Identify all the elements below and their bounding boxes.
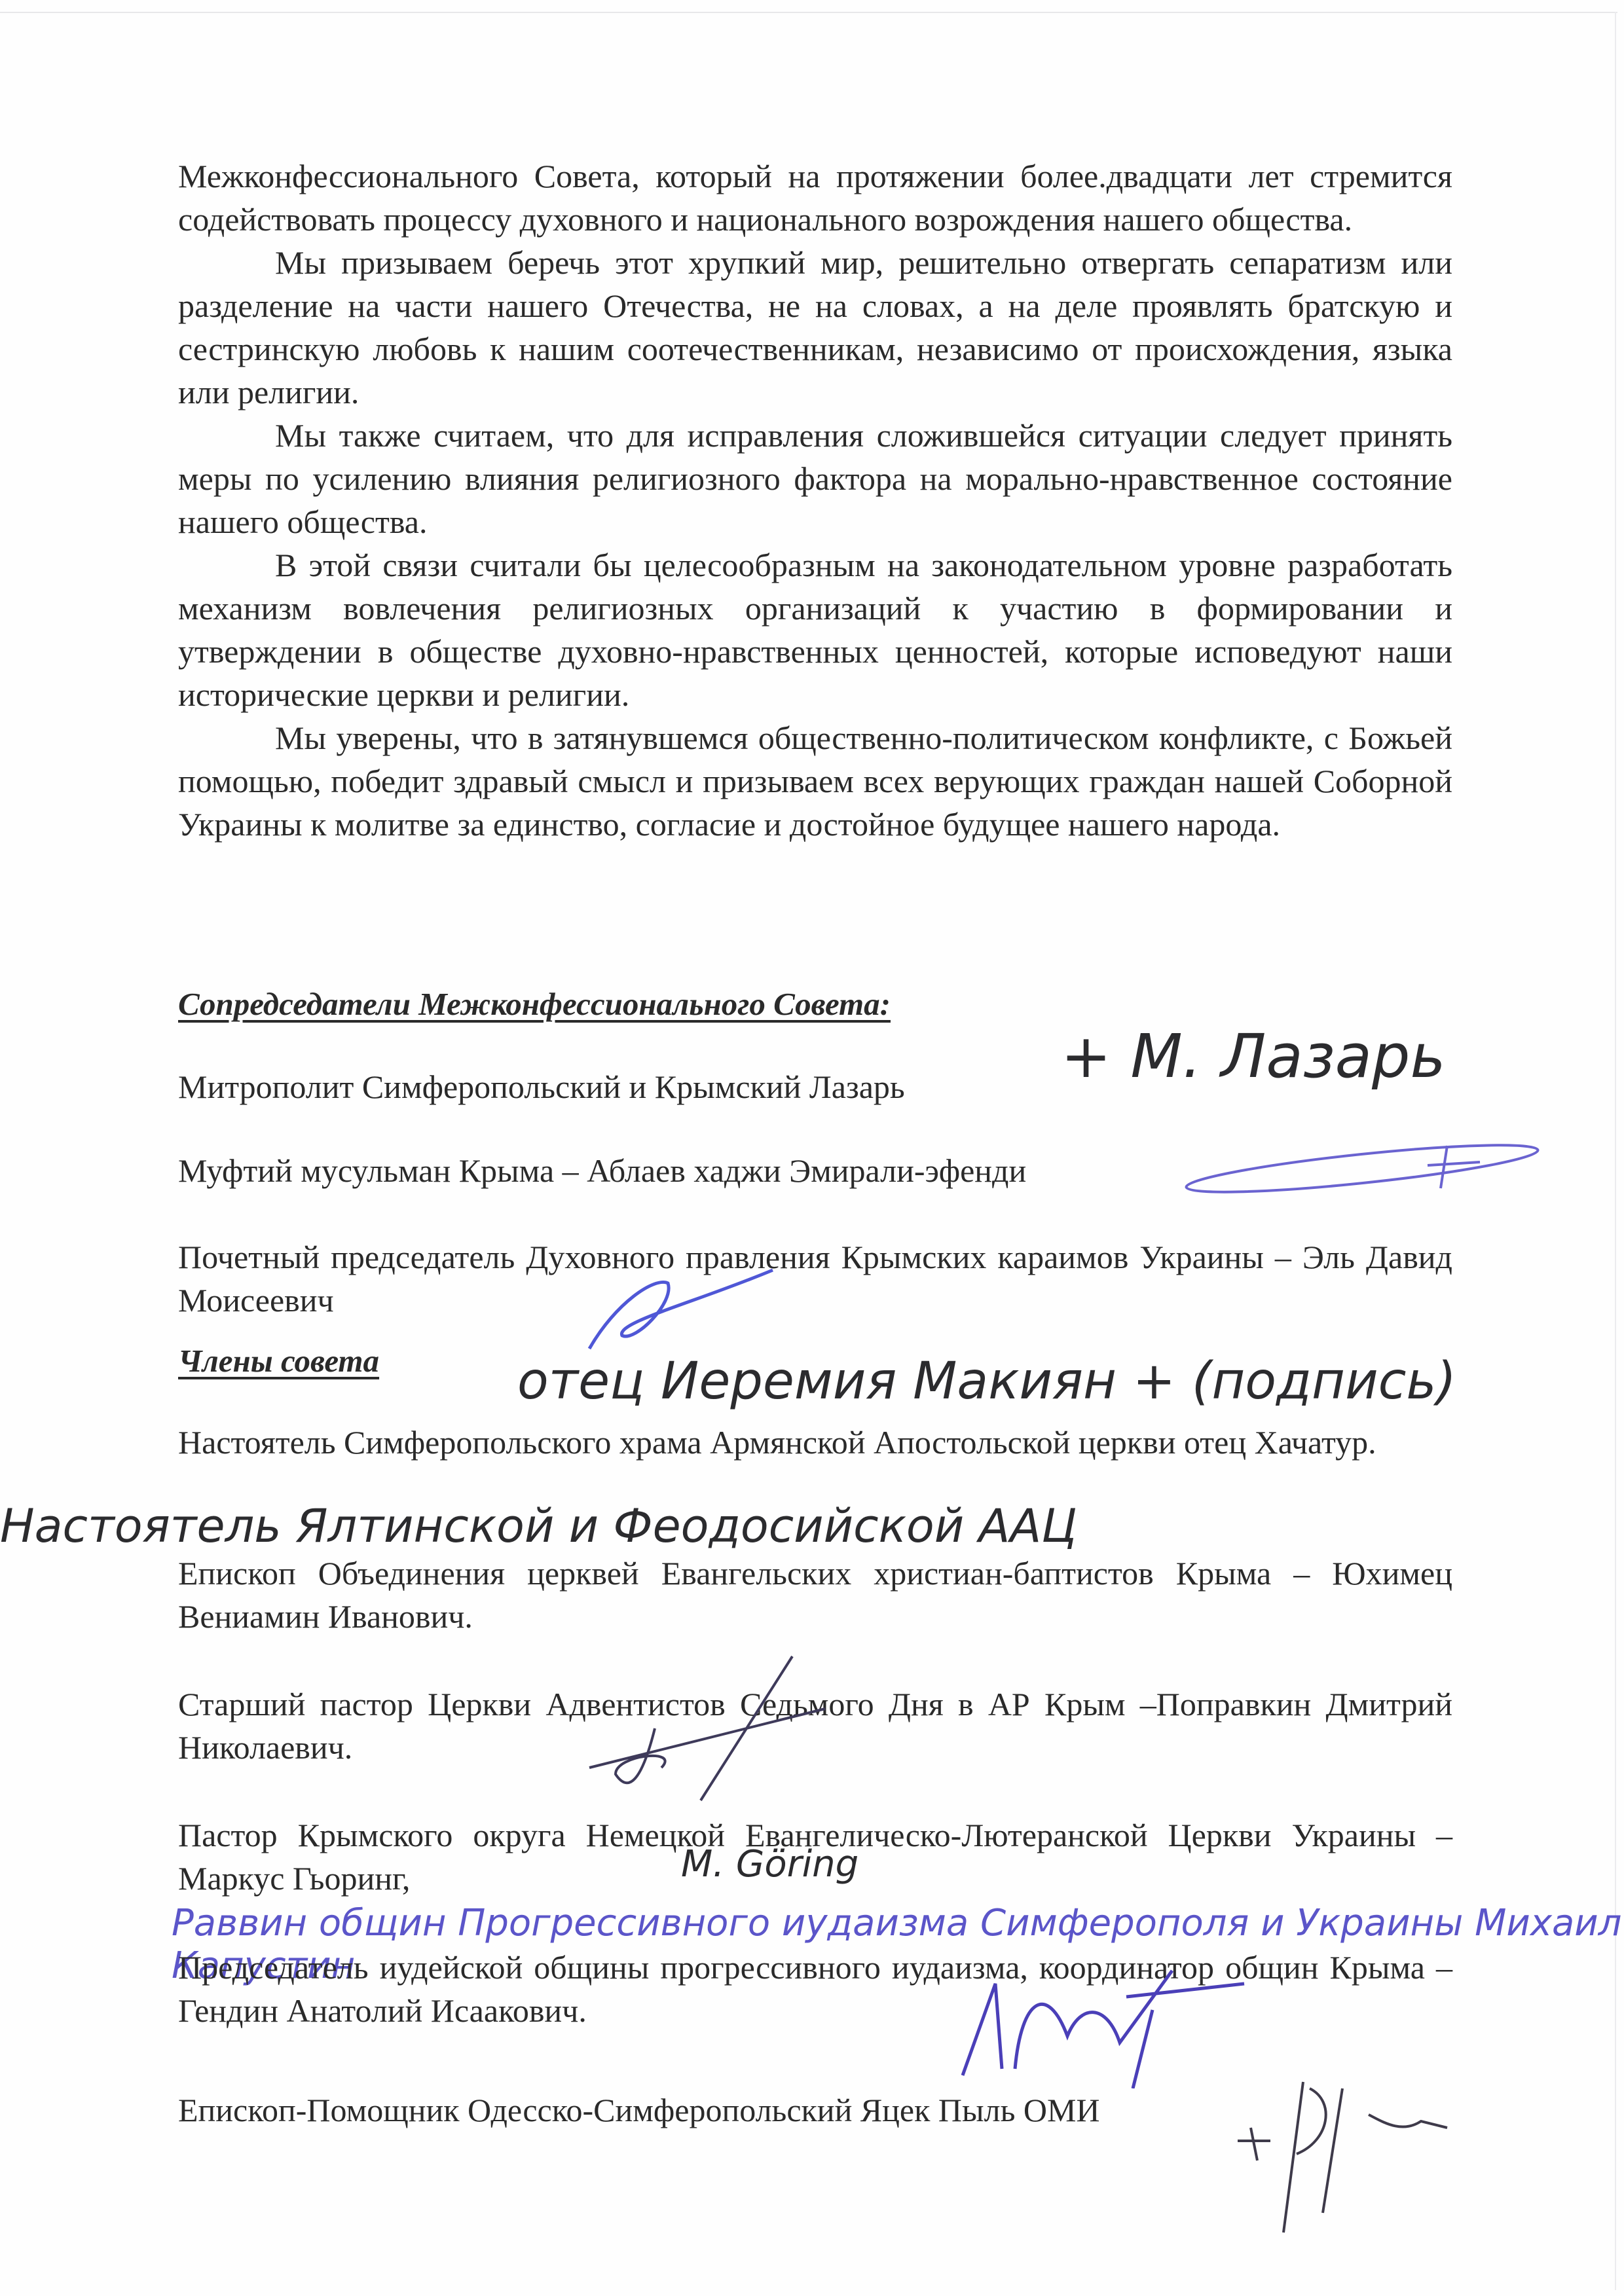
paragraph-3: Мы также считаем, что для исправления сл… [178,414,1452,543]
signature-ablaev-icon [1166,1133,1585,1198]
signature-popravkin-icon [576,1650,851,1807]
paragraph-2: Мы призываем беречь этот хрупкий мир, ре… [178,241,1452,414]
signature-lazar: + М. Лазарь [1061,1021,1446,1091]
co-chair-entry-3: Почетный председатель Духовного правлени… [178,1235,1452,1322]
paragraph-1: Межконфессионального Совета, который на … [178,155,1452,241]
co-chairs-heading: Сопредседатели Межконфессионального Сове… [178,985,891,1023]
handwritten-yalta-feodosia: Настоятель Ялтинской и Феодосийской ААЦ [0,1499,1077,1553]
member-entry-2: Епископ Объединения церквей Евангельских… [178,1552,1452,1638]
member-entry-1: Настоятель Симферопольского храма Армянс… [178,1421,1452,1464]
paragraph-4: В этой связи считали бы целесообразным н… [178,543,1452,716]
member-entry-5: Председатель иудейской общины прогрессив… [178,1946,1452,2032]
paragraph-5: Мы уверены, что в затянувшемся обществен… [178,716,1452,846]
members-heading: Члены совета [178,1342,379,1379]
body-text: Межконфессионального Совета, который на … [178,155,1452,846]
signature-pyl-icon [1231,2062,1519,2246]
handwritten-ieremiya: отец Иеремия Макиян + (подпись) [517,1352,1456,1411]
signature-el-icon [576,1264,799,1355]
signature-gendin-icon [956,1958,1257,2088]
scan-edge-top [0,12,1617,13]
scanned-page: Межконфессионального Совета, который на … [0,0,1624,2296]
signature-goering: M. Göring [681,1843,858,1886]
